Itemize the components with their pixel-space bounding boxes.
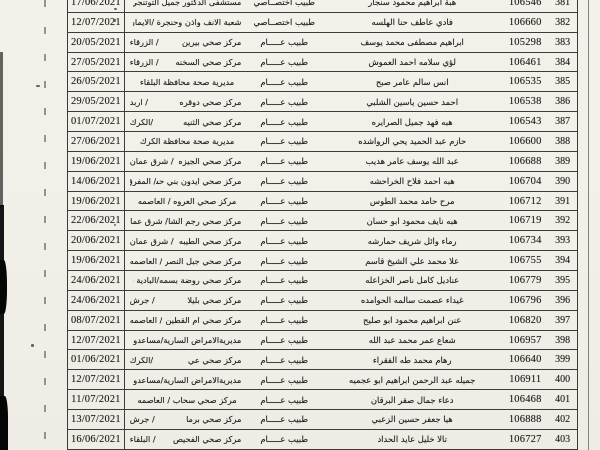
- appointment-date-cell: 01/06/2021: [68, 350, 124, 369]
- employee-id-cell: 106779: [502, 271, 548, 290]
- workplace-cell: مركز صحي عي /الكرك: [124, 350, 247, 369]
- job-title-cell: طبيب عـــــام: [246, 132, 322, 151]
- employee-name-cell: عبد الله يوسف عامر هديب: [322, 152, 502, 171]
- workplace-cell: مديرية صحة محافظة الكرك: [124, 132, 247, 151]
- workplace-cell: مديرية صحة محافظة البلقاء: [124, 72, 247, 91]
- fold-dashed-line: [44, 0, 46, 450]
- employee-id-cell: 106727: [502, 430, 548, 449]
- workplace-district: / العاصمه: [130, 315, 163, 325]
- employee-name-cell: علا محمد علي الشيخ قاسم: [322, 251, 502, 270]
- serial-number-cell: 402: [548, 410, 577, 429]
- workplace-name: مركز صحي سحاب / العاصمه: [137, 395, 236, 405]
- workplace-district: / العاصمه: [130, 256, 163, 266]
- serial-number-cell: 393: [548, 231, 577, 250]
- appointment-date-cell: 17/06/2021: [68, 0, 124, 12]
- serial-number-cell: 395: [548, 271, 577, 290]
- workplace-name: مركز صحي دوقره: [179, 97, 241, 107]
- right-margin-line: [588, 0, 589, 450]
- table-row: 29/05/2021 مركز صحي دوقره / اربد طبيب عـ…: [68, 92, 577, 112]
- job-title-cell: طبيب عـــــام: [246, 430, 322, 449]
- serial-number-cell: 398: [548, 331, 577, 350]
- appointment-date-cell: 12/07/2021: [68, 370, 124, 389]
- scan-speck: [36, 85, 40, 87]
- employee-name-cell: هبه نايف محمود ابو حسان: [322, 211, 502, 230]
- workplace-cell: مركز صحي الفحيص / البلقاء: [124, 430, 247, 449]
- appointment-date-cell: 22/06/2021: [68, 211, 124, 230]
- workplace-cell: مركز صحي بيرين / الزرقاء: [124, 33, 247, 52]
- job-title-cell: طبيب عـــــام: [246, 271, 322, 290]
- appointment-date-cell: 12/07/2021: [68, 13, 124, 32]
- workplace-name: مركز صحي برما: [186, 414, 241, 424]
- serial-number-cell: 385: [548, 72, 577, 91]
- job-title-cell: طبيب عـــــام: [246, 331, 322, 350]
- appointment-date-cell: 27/06/2021: [68, 132, 124, 151]
- employee-name-cell: رماء وائل شريف حمارشه: [322, 231, 502, 250]
- employee-name-cell: عناديل كامل ناصر الخزاعله: [322, 271, 502, 290]
- table-row: 17/06/2021 مستشفى الدكتور جميل التوتنجي/…: [68, 0, 577, 13]
- workplace-name: مركز صحي ايدون بني حسن: [156, 176, 241, 186]
- employee-name-cell: رهام محمد طه الفقراء: [322, 350, 502, 369]
- employee-id-cell: 106600: [502, 132, 548, 151]
- table-row: 20/05/2021 مركز صحي بيرين / الزرقاء طبيب…: [68, 33, 577, 53]
- table-row: 24/06/2021 مركز صحي روضة بسمه/البادية ش/…: [68, 271, 577, 291]
- workplace-district: / جرش: [130, 414, 155, 424]
- employee-name-cell: هبه احمد فلاح الخراحشه: [322, 172, 502, 191]
- appointment-date-cell: 24/06/2021: [68, 271, 124, 290]
- workplace-name: مديريةالامراض السارية/مساعدوبائيات صحي: [133, 375, 242, 385]
- workplace-name: مركز صحي السخنه: [176, 57, 242, 67]
- employee-id-cell: 106712: [502, 192, 548, 211]
- employee-name-cell: فادي عاطف حنا الهلسه: [322, 13, 502, 32]
- job-title-cell: طبيب عـــــام: [246, 152, 322, 171]
- workplace-district: /الكرك: [130, 355, 153, 365]
- scan-speck: [31, 344, 34, 347]
- job-title-cell: طبيب اختصــاصي: [246, 0, 322, 12]
- workplace-name: مركز صحي الفحيص: [173, 434, 241, 444]
- employee-id-cell: 106535: [502, 72, 548, 91]
- table-row: 20/06/2021 مركز صحي الطيبه / شرق عمان طب…: [68, 231, 577, 251]
- scan-edge-smudge: [0, 52, 3, 207]
- job-title-cell: طبيب عـــــام: [246, 53, 322, 72]
- employee-name-cell: مرح حامد محمد الطوس: [322, 192, 502, 211]
- job-title-cell: طبيب اختصــاصي: [246, 13, 322, 32]
- job-title-cell: طبيب عـــــام: [246, 231, 322, 250]
- workplace-district: / شرق عمان: [130, 156, 174, 166]
- employee-id-cell: 106538: [502, 92, 548, 111]
- workplace-cell: مركز صحي برما / جرش: [124, 410, 247, 429]
- scanned-document-page: 17/06/2021 مستشفى الدكتور جميل التوتنجي/…: [0, 0, 600, 450]
- workplace-name: مركز صحي الطيبه: [179, 236, 241, 246]
- serial-number-cell: 391: [548, 192, 577, 211]
- serial-number-cell: 383: [548, 33, 577, 52]
- workplace-district: / الزرقاء: [130, 57, 159, 67]
- table-row: 16/06/2021 مركز صحي الفحيص / البلقاء طبي…: [68, 430, 577, 450]
- employee-id-cell: 106911: [502, 370, 548, 389]
- workplace-cell: مركز صحي جبل النصر / العاصمه: [124, 251, 247, 270]
- serial-number-cell: 399: [548, 350, 577, 369]
- employee-id-cell: 106543: [502, 112, 548, 131]
- appointment-date-cell: 19/06/2021: [68, 251, 124, 270]
- job-title-cell: طبيب عـــــام: [246, 211, 322, 230]
- employee-id-cell: 106957: [502, 331, 548, 350]
- appointment-date-cell: 11/07/2021: [68, 390, 124, 409]
- workplace-name: مركز صحي جبل النصر: [165, 256, 242, 266]
- serial-number-cell: 403: [548, 430, 577, 449]
- employee-name-cell: هبة ابراهيم محمود سنجار: [322, 0, 502, 12]
- employee-id-cell: 105298: [502, 33, 548, 52]
- table-row: 27/06/2021 مديرية صحة محافظة الكرك طبيب …: [68, 132, 577, 152]
- job-title-cell: طبيب عـــــام: [246, 410, 322, 429]
- workplace-cell: مركز صحي الجيزه / شرق عمان: [124, 152, 247, 171]
- scan-layer: 17/06/2021 مستشفى الدكتور جميل التوتنجي/…: [0, 0, 600, 450]
- table-row: 19/06/2021 مركز صحي جبل النصر / العاصمه …: [68, 251, 577, 271]
- employee-id-cell: 106719: [502, 211, 548, 230]
- table-row: 19/06/2021 مركز صحي العروه / العاصمه طبي…: [68, 192, 577, 212]
- scan-edge-blob: [0, 260, 7, 314]
- workplace-cell: مديريةالامراض السارية/مساعدوبائيات صحي: [124, 331, 247, 350]
- employee-name-cell: جميله عبد الرحمن ابراهيم ابو عجميه: [322, 370, 502, 389]
- appointment-date-cell: 16/06/2021: [68, 430, 124, 449]
- workplace-cell: مركز صحي الثنيه /الكرك: [124, 112, 247, 131]
- workplace-name: مركز صحي بليلا: [187, 295, 241, 305]
- workplace-name: مركز صحي الثنيه: [183, 117, 241, 127]
- workplace-name: شعبة الانف واذن وحنجرة /الايمان عجلون: [133, 17, 242, 27]
- employee-id-cell: 106468: [502, 390, 548, 409]
- workplace-name: مديريةالامراض السارية/مساعدوبائيات صحي: [133, 335, 242, 345]
- appointment-date-cell: 24/06/2021: [68, 291, 124, 310]
- workplace-name: مديرية صحة محافظة البلقاء: [140, 77, 234, 87]
- employee-id-cell: 106755: [502, 251, 548, 270]
- scan-speck: [114, 19, 116, 22]
- employee-name-cell: تالا خليل عايد الحداد: [322, 430, 502, 449]
- appointment-date-cell: 19/06/2021: [68, 152, 124, 171]
- workplace-cell: مركز صحي السخنه / الزرقاء: [124, 53, 247, 72]
- job-title-cell: طبيب عـــــام: [246, 350, 322, 369]
- workplace-cell: مديريةالامراض السارية/مساعدوبائيات صحي: [124, 370, 247, 389]
- workplace-cell: مركز صحي بليلا / جرش: [124, 291, 247, 310]
- appointment-date-cell: 20/06/2021: [68, 231, 124, 250]
- appointment-date-cell: 14/06/2021: [68, 172, 124, 191]
- table-row: 14/06/2021 مركز صحي ايدون بني حسن / المف…: [68, 172, 577, 192]
- appointment-date-cell: 20/05/2021: [68, 33, 124, 52]
- workplace-cell: مركز صحي سحاب / العاصمه: [124, 390, 247, 409]
- employee-id-cell: 106796: [502, 291, 548, 310]
- workplace-cell: مركز صحي دوقره / اربد: [124, 92, 247, 111]
- workplace-name: مركز صحي العروه / العاصمه: [138, 196, 236, 206]
- table-row: 24/06/2021 مركز صحي بليلا / جرش طبيب عــ…: [68, 291, 577, 311]
- appointment-date-cell: 08/07/2021: [68, 311, 124, 330]
- serial-number-cell: 401: [548, 390, 577, 409]
- employee-name-cell: شعاع عمر محمد عبد الله: [322, 331, 502, 350]
- workplace-cell: مركز صحي الطيبه / شرق عمان: [124, 231, 247, 250]
- appointment-date-cell: 27/05/2021: [68, 53, 124, 72]
- employee-id-cell: 106640: [502, 350, 548, 369]
- employee-name-cell: هبه فهد جميل الصرايره: [322, 112, 502, 131]
- employee-name-cell: لؤي سلامه احمد العموش: [322, 53, 502, 72]
- job-title-cell: طبيب عـــــام: [246, 291, 322, 310]
- job-title-cell: طبيب عـــــام: [246, 33, 322, 52]
- job-title-cell: طبيب عـــــام: [246, 172, 322, 191]
- serial-number-cell: 384: [548, 53, 577, 72]
- workplace-district: / شرق عمان: [130, 216, 168, 226]
- serial-number-cell: 400: [548, 370, 577, 389]
- serial-number-cell: 381: [548, 0, 577, 12]
- table-row: 19/06/2021 مركز صحي الجيزه / شرق عمان طب…: [68, 152, 577, 172]
- serial-number-cell: 386: [548, 92, 577, 111]
- employee-id-cell: 106704: [502, 172, 548, 191]
- workplace-name: مركز صحي عي: [188, 355, 241, 365]
- employee-name-cell: انس سالم عامر صبح: [322, 72, 502, 91]
- employee-table: 17/06/2021 مستشفى الدكتور جميل التوتنجي/…: [67, 0, 578, 450]
- appointment-date-cell: 29/05/2021: [68, 92, 124, 111]
- serial-number-cell: 396: [548, 291, 577, 310]
- table-row: 01/06/2021 مركز صحي عي /الكرك طبيب عــــ…: [68, 350, 577, 370]
- employee-id-cell: 106820: [502, 311, 548, 330]
- table-row: 12/07/2021 مديريةالامراض السارية/مساعدوب…: [68, 331, 577, 351]
- serial-number-cell: 388: [548, 132, 577, 151]
- table-row: 13/07/2021 مركز صحي برما / جرش طبيب عـــ…: [68, 410, 577, 430]
- employee-id-cell: 106688: [502, 152, 548, 171]
- appointment-date-cell: 19/06/2021: [68, 192, 124, 211]
- job-title-cell: طبيب عـــــام: [246, 92, 322, 111]
- serial-number-cell: 382: [548, 13, 577, 32]
- workplace-name: مركز صحي روضة بسمه/البادية ش/المفرق: [133, 275, 242, 285]
- table-row: 01/07/2021 مركز صحي الثنيه /الكرك طبيب ع…: [68, 112, 577, 132]
- job-title-cell: طبيب عـــــام: [246, 311, 322, 330]
- workplace-name: مركز صحي الجيزه: [178, 156, 241, 166]
- job-title-cell: طبيب عـــــام: [246, 112, 322, 131]
- workplace-district: /الكرك: [130, 117, 153, 127]
- workplace-district: / البلقاء: [130, 434, 156, 444]
- workplace-district: / شرق عمان: [130, 236, 174, 246]
- workplace-cell: مركز صحي رجم الشامي / شرق عمان: [124, 211, 247, 230]
- job-title-cell: طبيب عـــــام: [246, 192, 322, 211]
- employee-name-cell: هيا جعفر حسين الزعبي: [322, 410, 502, 429]
- employee-id-cell: 106734: [502, 231, 548, 250]
- job-title-cell: طبيب عـــــام: [246, 251, 322, 270]
- workplace-district: / الزرقاء: [130, 37, 159, 47]
- employee-name-cell: حازم عبد الحميد يحي الرواشده: [322, 132, 502, 151]
- workplace-district: / اربد: [130, 97, 148, 107]
- serial-number-cell: 394: [548, 251, 577, 270]
- workplace-district: / جرش: [130, 295, 155, 305]
- appointment-date-cell: 13/07/2021: [68, 410, 124, 429]
- workplace-name: مركز صحي بيرين: [182, 37, 241, 47]
- workplace-name: مديرية صحة محافظة الكرك: [140, 136, 234, 146]
- workplace-name: مركز صحي رجم الشامي: [168, 216, 241, 226]
- workplace-cell: مركز صحي ام القطين / العاصمه: [124, 311, 247, 330]
- employee-name-cell: غيداء عصمت سالمه الحوامده: [322, 291, 502, 310]
- scan-edge-blob: [0, 396, 8, 450]
- serial-number-cell: 392: [548, 211, 577, 230]
- serial-number-cell: 387: [548, 112, 577, 131]
- employee-id-cell: 106461: [502, 53, 548, 72]
- workplace-name: مركز صحي ام القطين: [165, 315, 241, 325]
- table-row: 12/07/2021 مديريةالامراض السارية/مساعدوب…: [68, 370, 577, 390]
- table-row: 26/05/2021 مديرية صحة محافظة البلقاء طبي…: [68, 72, 577, 92]
- appointment-date-cell: 12/07/2021: [68, 331, 124, 350]
- employee-id-cell: 106546: [502, 0, 548, 12]
- workplace-cell: مستشفى الدكتور جميل التوتنجي/ سحاب: [124, 0, 247, 12]
- appointment-date-cell: 26/05/2021: [68, 72, 124, 91]
- table-row: 12/07/2021 شعبة الانف واذن وحنجرة /الايم…: [68, 13, 577, 33]
- scan-speck: [114, 224, 116, 226]
- workplace-name: مستشفى الدكتور جميل التوتنجي/ سحاب: [133, 0, 242, 7]
- employee-id-cell: 106888: [502, 410, 548, 429]
- table-row: 08/07/2021 مركز صحي ام القطين / العاصمه …: [68, 311, 577, 331]
- workplace-cell: مركز صحي روضة بسمه/البادية ش/المفرق: [124, 271, 247, 290]
- employee-name-cell: عنن ابراهيم محمود ابو صليح: [322, 311, 502, 330]
- employee-name-cell: دعاء جمال صقر البرقان: [322, 390, 502, 409]
- employee-id-cell: 106660: [502, 13, 548, 32]
- job-title-cell: طبيب عـــــام: [246, 72, 322, 91]
- table-row: 11/07/2021 مركز صحي سحاب / العاصمه طبيب …: [68, 390, 577, 410]
- job-title-cell: طبيب عـــــام: [246, 370, 322, 389]
- employee-name-cell: احمد حسين ياسين الشلبي: [322, 92, 502, 111]
- workplace-cell: شعبة الانف واذن وحنجرة /الايمان عجلون: [124, 13, 247, 32]
- serial-number-cell: 390: [548, 172, 577, 191]
- serial-number-cell: 397: [548, 311, 577, 330]
- job-title-cell: طبيب عـــــام: [246, 390, 322, 409]
- workplace-district: / المفرق: [130, 176, 157, 186]
- employee-name-cell: ابراهيم مصطفى محمد يوسف: [322, 33, 502, 52]
- table-row: 22/06/2021 مركز صحي رجم الشامي / شرق عما…: [68, 211, 577, 231]
- scan-speck: [114, 8, 117, 10]
- serial-number-cell: 389: [548, 152, 577, 171]
- workplace-cell: مركز صحي العروه / العاصمه: [124, 192, 247, 211]
- workplace-cell: مركز صحي ايدون بني حسن / المفرق: [124, 172, 247, 191]
- table-row: 27/05/2021 مركز صحي السخنه / الزرقاء طبي…: [68, 53, 577, 73]
- appointment-date-cell: 01/07/2021: [68, 112, 124, 131]
